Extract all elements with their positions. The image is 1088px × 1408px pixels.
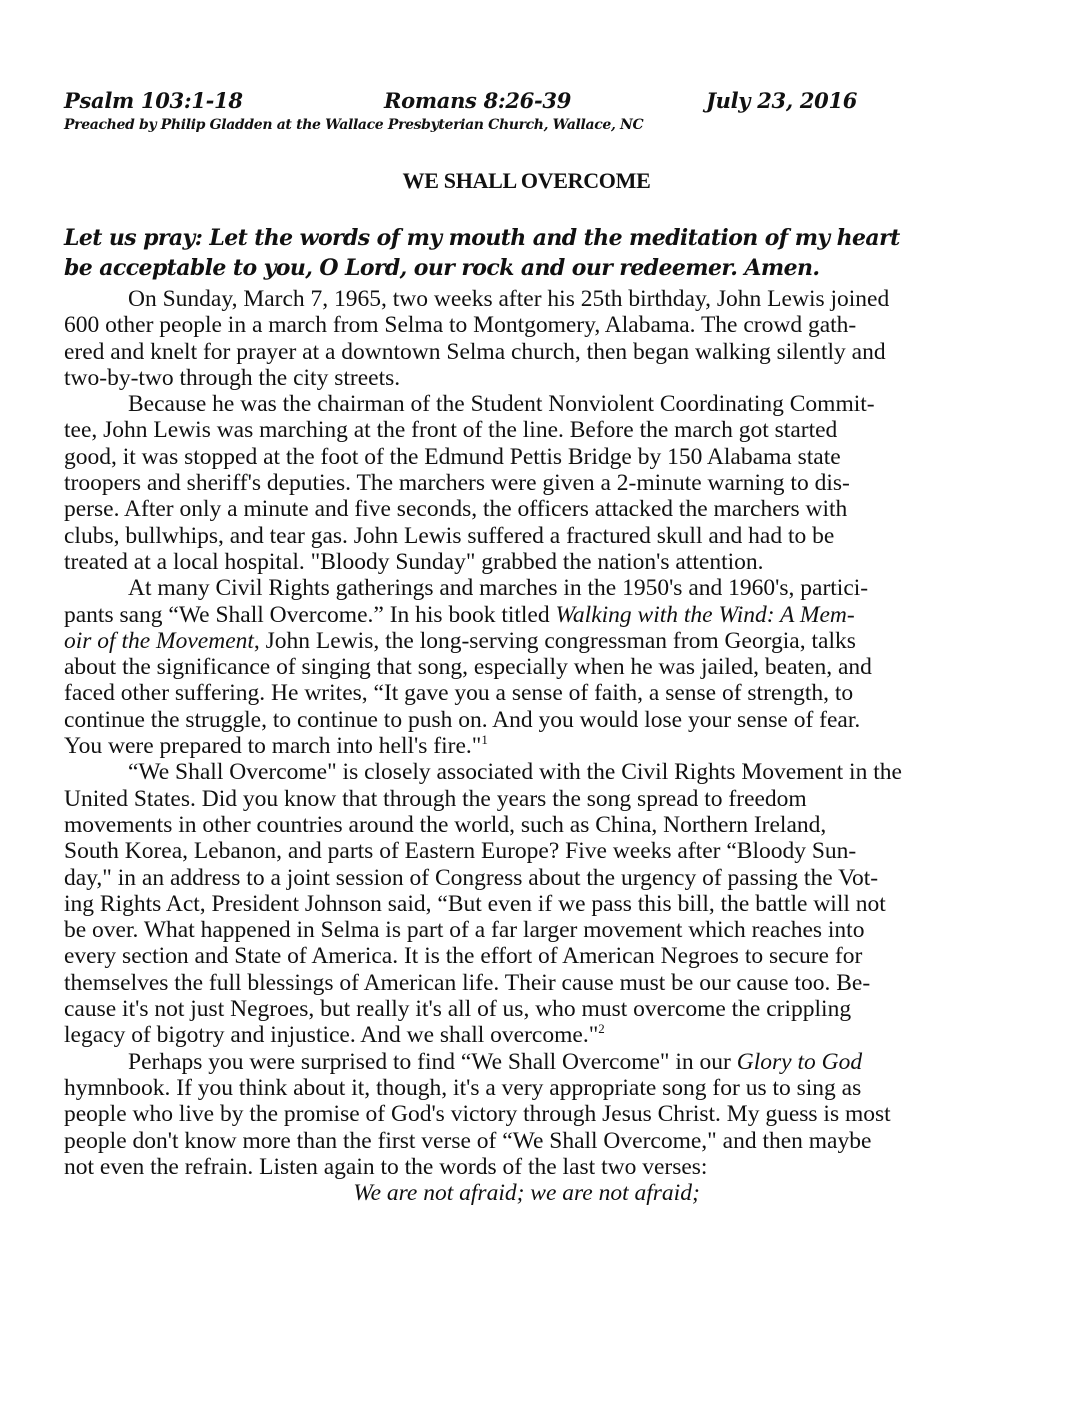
body-line: not even the refrain. Listen again to th… [64, 1154, 989, 1180]
body-line: 600 other people in a march from Selma t… [64, 312, 989, 338]
footnote-marker[interactable]: 2 [598, 1021, 605, 1036]
body-line: United States. Did you know that through… [64, 786, 989, 812]
body-line: pants sang “We Shall Overcome.” In his b… [64, 602, 989, 628]
body-text-span: Perhaps you were surprised to find “We S… [128, 1049, 737, 1075]
sermon-date: July 23, 2016 [706, 88, 857, 113]
body-line: faced other suffering. He writes, “It ga… [64, 680, 989, 706]
body-line: Because he was the chairman of the Stude… [64, 391, 989, 417]
body-line: continue the struggle, to continue to pu… [64, 707, 989, 733]
body-line: On Sunday, March 7, 1965, two weeks afte… [64, 286, 989, 312]
sermon-body: On Sunday, March 7, 1965, two weeks afte… [64, 286, 989, 1206]
body-line: be over. What happened in Selma is part … [64, 917, 989, 943]
body-line: people don't know more than the first ve… [64, 1128, 989, 1154]
body-text-span: , John Lewis, the long-serving congressm… [254, 628, 856, 654]
body-line: cause it's not just Negroes, but really … [64, 996, 989, 1022]
body-line: Perhaps you were surprised to find “We S… [64, 1049, 989, 1075]
body-line: day," in an address to a joint session o… [64, 865, 989, 891]
body-text-span: You were prepared to march into hell's f… [64, 733, 481, 759]
psalm-reference: Psalm 103:1-18 [64, 88, 243, 113]
body-line: tee, John Lewis was marching at the fron… [64, 417, 989, 443]
body-line: legacy of bigotry and injustice. And we … [64, 1022, 989, 1048]
body-line: ered and knelt for prayer at a downtown … [64, 339, 989, 365]
body-line: good, it was stopped at the foot of the … [64, 444, 989, 470]
body-line: troopers and sheriff's deputies. The mar… [64, 470, 989, 496]
body-line: people who live by the promise of God's … [64, 1101, 989, 1127]
body-line: about the significance of singing that s… [64, 654, 989, 680]
body-line: You were prepared to march into hell's f… [64, 733, 989, 759]
body-line: movements in other countries around the … [64, 812, 989, 838]
hymnal-title: Glory to God [737, 1049, 862, 1075]
body-line: “We Shall Overcome" is closely associate… [64, 759, 989, 785]
sermon-title: WE SHALL OVERCOME [64, 168, 989, 194]
body-line: ing Rights Act, President Johnson said, … [64, 891, 989, 917]
body-line: At many Civil Rights gatherings and marc… [64, 575, 989, 601]
prayer-line: Let us pray: Let the words of my mouth a… [64, 223, 999, 253]
book-title: Walking with the Wind: A Mem- [556, 602, 855, 628]
body-line: every section and State of America. It i… [64, 943, 989, 969]
body-text-span: pants sang “We Shall Overcome.” In his b… [64, 602, 556, 628]
book-title: oir of the Movement [64, 628, 254, 654]
romans-reference: Romans 8:26-39 [384, 88, 571, 113]
body-line: two-by-two through the city streets. [64, 365, 989, 391]
body-line: oir of the Movement, John Lewis, the lon… [64, 628, 989, 654]
body-line: perse. After only a minute and five seco… [64, 496, 989, 522]
byline: Preached by Philip Gladden at the Wallac… [64, 117, 643, 133]
footnote-marker[interactable]: 1 [481, 732, 488, 747]
body-line: clubs, bullwhips, and tear gas. John Lew… [64, 523, 989, 549]
body-line: themselves the full blessings of America… [64, 970, 989, 996]
hymn-verse-line: We are not afraid; we are not afraid; [64, 1180, 989, 1206]
prayer-line: be acceptable to you, O Lord, our rock a… [64, 253, 999, 283]
body-line: South Korea, Lebanon, and parts of Easte… [64, 838, 989, 864]
body-line: hymnbook. If you think about it, though,… [64, 1075, 989, 1101]
body-text-span: legacy of bigotry and injustice. And we … [64, 1022, 598, 1048]
opening-prayer: Let us pray: Let the words of my mouth a… [64, 223, 999, 283]
body-line: treated at a local hospital. "Bloody Sun… [64, 549, 989, 575]
